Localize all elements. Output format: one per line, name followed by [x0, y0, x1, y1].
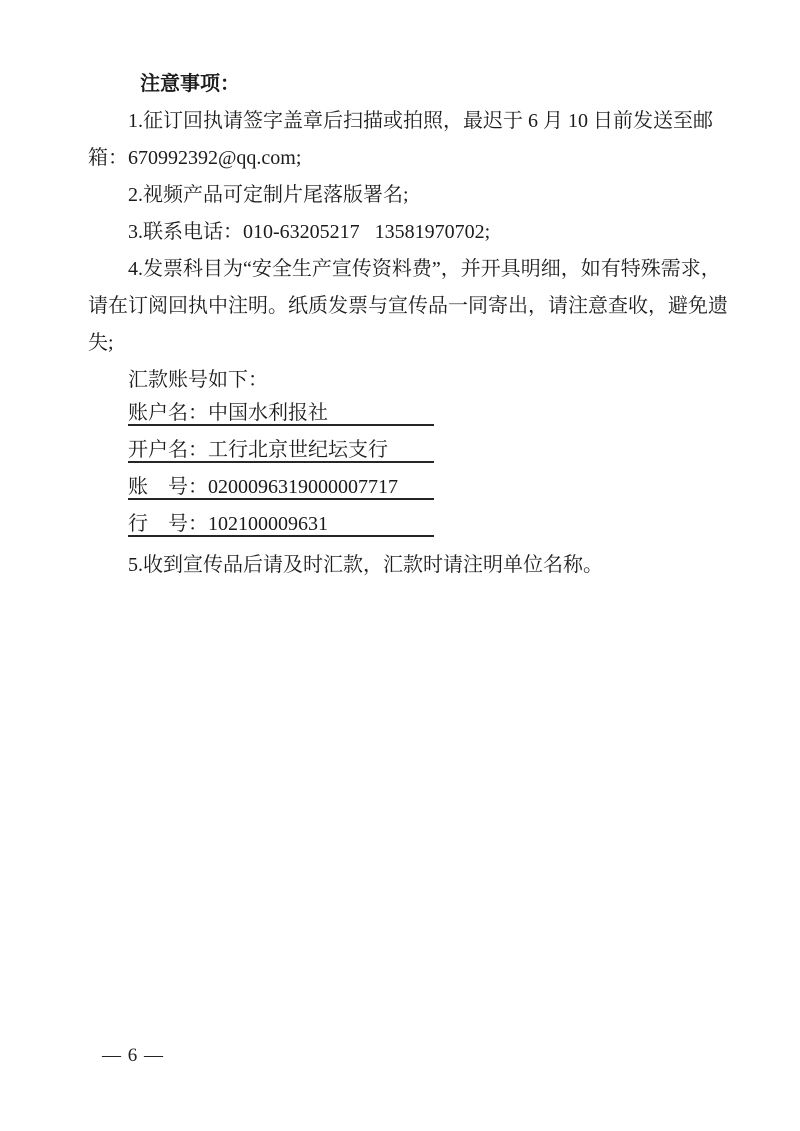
document-page: 注意事项： 1.征订回执请签字盖章后扫描或拍照，最迟于 6 月 10 日前发送至… — [0, 0, 800, 1131]
text-line: 5.收到宣传品后请及时汇款，汇款时请注明单位名称。 — [88, 547, 748, 584]
text-line: 请在订阅回执中注明。纸质发票与宣传品一同寄出，请注意查收，避免遗 — [88, 288, 748, 325]
underlined-field-value: 账 号：0200096319000007717 — [128, 477, 434, 500]
underlined-field-value: 行 号：102100009631 — [128, 514, 434, 537]
underlined-field-line: 开户名：工行北京世纪坛支行 — [88, 436, 748, 473]
underlined-field-value: 账户名：中国水利报社 — [128, 403, 434, 426]
text-line: 箱：670992392@qq.com; — [88, 140, 748, 177]
text-line: 3.联系电话：010-63205217 13581970702; — [88, 214, 748, 251]
text-line: 汇款账号如下： — [88, 362, 748, 399]
underlined-field-value: 开户名：工行北京世纪坛支行 — [128, 440, 434, 463]
notice-section: 注意事项： 1.征订回执请签字盖章后扫描或拍照，最迟于 6 月 10 日前发送至… — [88, 66, 748, 584]
underlined-field-line: 账 号：0200096319000007717 — [88, 473, 748, 510]
text-line: 4.发票科目为“安全生产宣传资料费”，并开具明细，如有特殊需求， — [88, 251, 748, 288]
notice-body: 1.征订回执请签字盖章后扫描或拍照，最迟于 6 月 10 日前发送至邮箱：670… — [88, 103, 748, 584]
underlined-field-line: 账户名：中国水利报社 — [88, 399, 748, 436]
text-line: 1.征订回执请签字盖章后扫描或拍照，最迟于 6 月 10 日前发送至邮 — [88, 103, 748, 140]
text-line: 失; — [88, 325, 748, 362]
underlined-field-line: 行 号：102100009631 — [88, 510, 748, 547]
notice-heading: 注意事项： — [88, 66, 748, 103]
text-line: 2.视频产品可定制片尾落版署名; — [88, 177, 748, 214]
page-number: — 6 — — [102, 1045, 164, 1067]
